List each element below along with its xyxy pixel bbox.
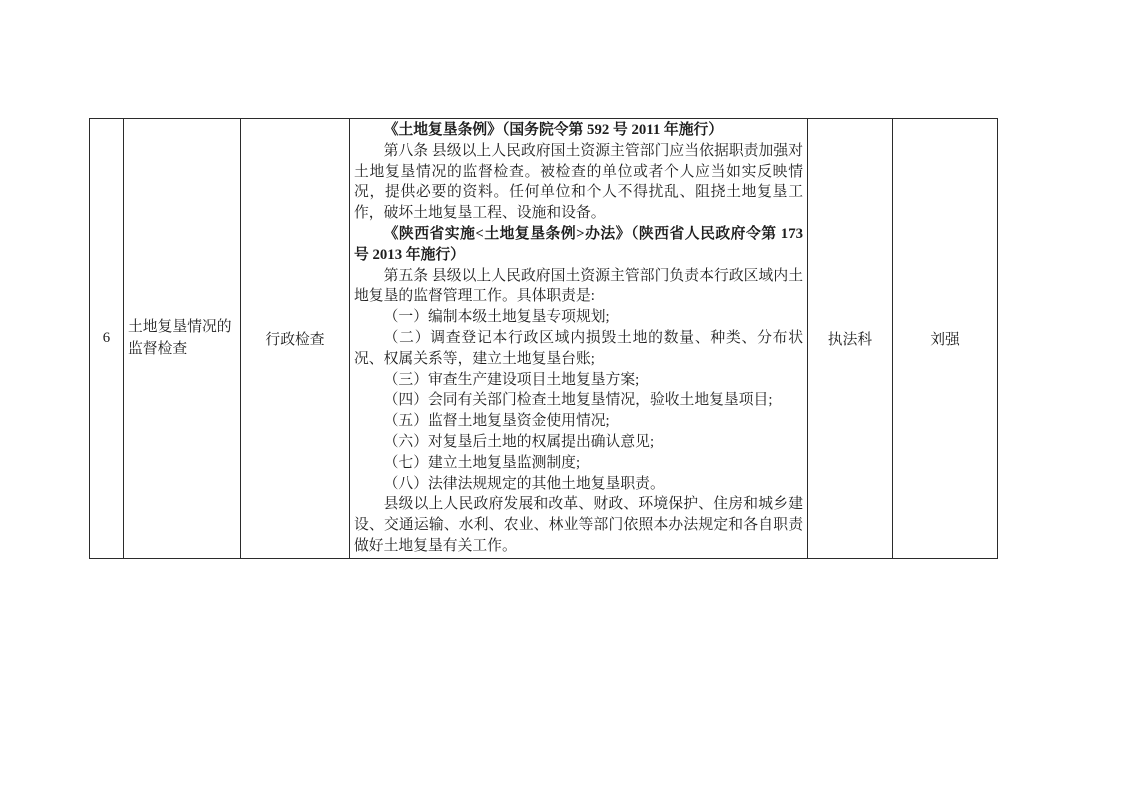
duty-table: 6 土地复垦情况的监督检查 行政检查 《土地复垦条例》（国务院令第 592 号 …: [89, 118, 998, 559]
document-page: 6 土地复垦情况的监督检查 行政检查 《土地复垦条例》（国务院令第 592 号 …: [0, 0, 1122, 793]
department-cell: 执法科: [808, 119, 893, 559]
legal-basis-paragraph: 《陕西省实施<土地复垦条例>办法》（陕西省人民政府令第 173 号 2013 年…: [354, 224, 803, 266]
legal-basis-paragraph: （五）监督土地复垦资金使用情况;: [354, 411, 803, 432]
legal-basis-paragraph: （一）编制本级土地复垦专项规划;: [354, 307, 803, 328]
legal-basis-paragraph: （七）建立土地复垦监测制度;: [354, 453, 803, 474]
legal-basis-paragraph: 县级以上人民政府发展和改革、财政、环境保护、住房和城乡建设、交通运输、水利、农业…: [354, 494, 803, 556]
legal-basis-paragraph: （六）对复垦后土地的权属提出确认意见;: [354, 432, 803, 453]
legal-basis-paragraph: 第八条 县级以上人民政府国土资源主管部门应当依据职责加强对土地复垦情况的监督检查…: [354, 141, 803, 224]
table-row: 6 土地复垦情况的监督检查 行政检查 《土地复垦条例》（国务院令第 592 号 …: [90, 119, 998, 559]
legal-basis-paragraph: 《土地复垦条例》（国务院令第 592 号 2011 年施行）: [354, 120, 803, 141]
duty-type-cell: 行政检查: [241, 119, 350, 559]
legal-basis-cell: 《土地复垦条例》（国务院令第 592 号 2011 年施行）第八条 县级以上人民…: [350, 119, 808, 559]
sequence-number-cell: 6: [90, 119, 124, 559]
responsible-person-cell: 刘强: [893, 119, 998, 559]
legal-basis-paragraph: （三）审查生产建设项目土地复垦方案;: [354, 370, 803, 391]
legal-basis-paragraph: （二）调查登记本行政区域内损毁土地的数量、种类、分布状况、权属关系等，建立土地复…: [354, 328, 803, 370]
legal-basis-paragraph: （四）会同有关部门检查土地复垦情况，验收土地复垦项目;: [354, 390, 803, 411]
legal-basis-paragraph: 第五条 县级以上人民政府国土资源主管部门负责本行政区域内土地复垦的监督管理工作。…: [354, 266, 803, 308]
duty-item-cell: 土地复垦情况的监督检查: [124, 119, 241, 559]
legal-basis-paragraph: （八）法律法规规定的其他土地复垦职责。: [354, 474, 803, 495]
